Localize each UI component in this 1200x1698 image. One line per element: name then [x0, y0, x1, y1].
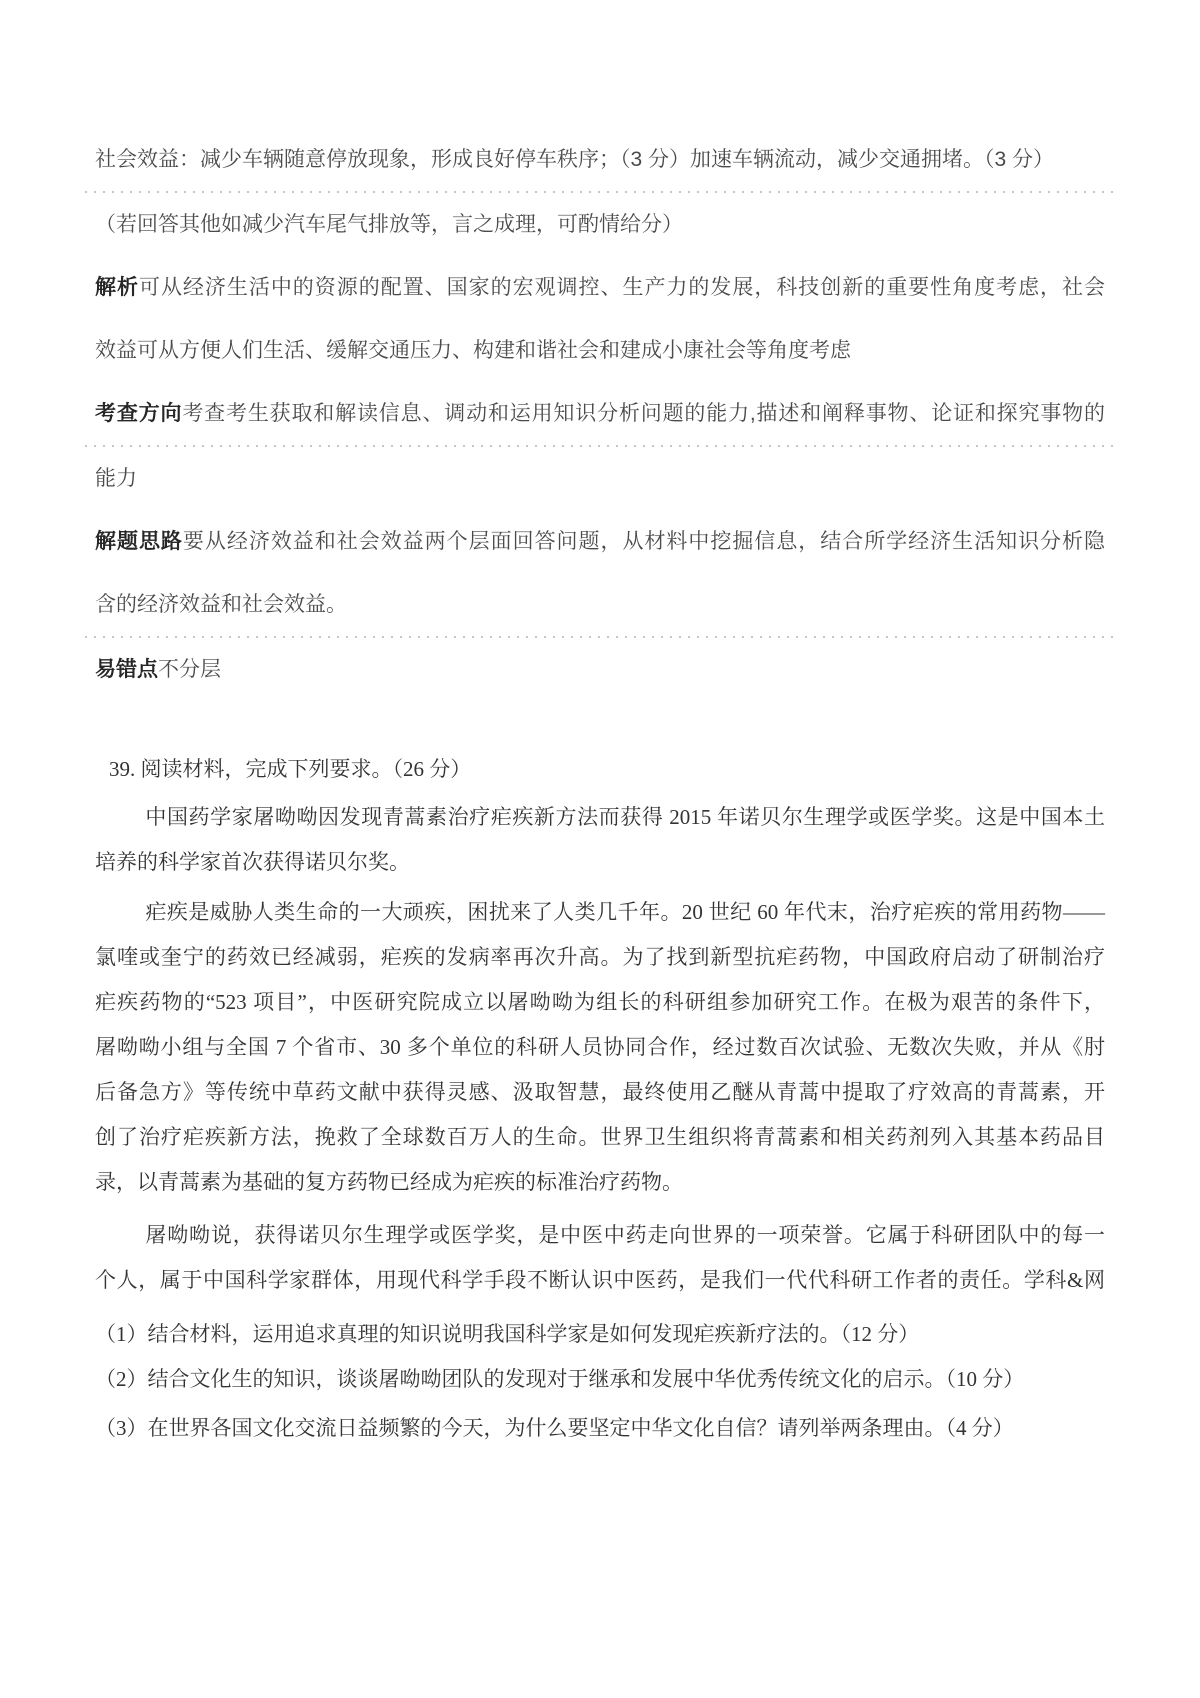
jieti-text-1: 要从经济效益和社会效益两个层面回答问题，从材料中挖掘信息，结合所学经济生活知识分…: [183, 530, 1105, 553]
paragraph-3: 屠呦呦说，获得诺贝尔生理学或医学奖，是中医中药走向世界的一项荣誉。它属于科研团队…: [95, 1213, 1105, 1303]
answer-score-line: 社会效益：减少车辆随意停放现象，形成良好停车秩序；（3 分）加速车辆流动，减少交…: [95, 128, 1105, 191]
jieti-line-1: 解题思路要从经济效益和社会效益两个层面回答问题，从材料中挖掘信息，结合所学经济生…: [95, 510, 1105, 573]
sub-question-2: （2）结合文化生的知识，谈谈屠呦呦团队的发现对于继承和发展中华优秀传统文化的启示…: [95, 1357, 1105, 1402]
paragraph-2-line: 后备急方》等传统中草药文献中获得灵感、汲取智慧，最终使用乙醚从青蒿中提取了疗效高…: [95, 1070, 1105, 1115]
jieti-line-2: 含的经济效益和社会效益。: [95, 573, 1105, 636]
yicuo-label: 易错点: [95, 658, 158, 681]
kaocha-line-1: 考查方向考查考生获取和解读信息、调动和运用知识分析问题的能力,描述和阐释事物、论…: [95, 382, 1105, 445]
yicuo-line: 易错点不分层: [95, 638, 1105, 701]
paragraph-2-line: 疟疾是威胁人类生命的一大顽疾，困扰来了人类几千年。20 世纪 60 年代末，治疗…: [95, 890, 1105, 935]
paragraph-3-line: 屠呦呦说，获得诺贝尔生理学或医学奖，是中医中药走向世界的一项荣誉。它属于科研团队…: [95, 1213, 1105, 1258]
jiexi-label: 解析: [95, 276, 139, 299]
answer-note-line: （若回答其他如减少汽车尾气排放等，言之成理，可酌情给分）: [95, 193, 1105, 256]
yicuo-text: 不分层: [158, 658, 221, 681]
analysis-block: 社会效益：减少车辆随意停放现象，形成良好停车秩序；（3 分）加速车辆流动，减少交…: [95, 0, 1105, 701]
paragraph-2-line: 氯喹或奎宁的药效已经减弱，疟疾的发病率再次升高。为了找到新型抗疟药物，中国政府启…: [95, 935, 1105, 980]
jiexi-line-2: 效益可从方便人们生活、缓解交通压力、构建和谐社会和建成小康社会等角度考虑: [95, 319, 1105, 382]
sub-question-3: （3）在世界各国文化交流日益频繁的今天，为什么要坚定中华文化自信？请列举两条理由…: [95, 1406, 1105, 1451]
question-39-block: 39. 阅读材料，完成下列要求。（26 分） 中国药学家屠呦呦因发现青蒿素治疗疟…: [95, 747, 1105, 1451]
jiexi-line-1: 解析可从经济生活中的资源的配置、国家的宏观调控、生产力的发展，科技创新的重要性角…: [95, 256, 1105, 319]
question-39-title: 39. 阅读材料，完成下列要求。（26 分）: [95, 747, 1105, 792]
kaocha-text-1: 考查考生获取和解读信息、调动和运用知识分析问题的能力,描述和阐释事物、论证和探究…: [182, 402, 1105, 425]
paragraph-2: 疟疾是威胁人类生命的一大顽疾，困扰来了人类几千年。20 世纪 60 年代末，治疗…: [95, 890, 1105, 1205]
paragraph-2-line: 录，以青蒿素为基础的复方药物已经成为疟疾的标准治疗药物。: [95, 1160, 1105, 1205]
document-page: 社会效益：减少车辆随意停放现象，形成良好停车秩序；（3 分）加速车辆流动，减少交…: [0, 0, 1200, 1451]
sub-questions: （1）结合材料，运用追求真理的知识说明我国科学家是如何发现疟疾新疗法的。（12 …: [95, 1312, 1105, 1451]
jieti-label: 解题思路: [95, 530, 183, 553]
jiexi-text-1: 可从经济生活中的资源的配置、国家的宏观调控、生产力的发展，科技创新的重要性角度考…: [139, 276, 1105, 299]
paragraph-1-line: 培养的科学家首次获得诺贝尔奖。: [95, 840, 1105, 885]
paragraph-1-line: 中国药学家屠呦呦因发现青蒿素治疗疟疾新方法而获得 2015 年诺贝尔生理学或医学…: [95, 795, 1105, 840]
paragraph-1: 中国药学家屠呦呦因发现青蒿素治疗疟疾新方法而获得 2015 年诺贝尔生理学或医学…: [95, 795, 1105, 885]
paragraph-2-line: 创了治疗疟疾新方法，挽救了全球数百万人的生命。世界卫生组织将青蒿素和相关药剂列入…: [95, 1115, 1105, 1160]
sub-question-1: （1）结合材料，运用追求真理的知识说明我国科学家是如何发现疟疾新疗法的。（12 …: [95, 1312, 1105, 1357]
kaocha-line-2: 能力: [95, 447, 1105, 510]
kaocha-label: 考查方向: [95, 402, 182, 425]
paragraph-2-line: 屠呦呦小组与全国 7 个省市、30 多个单位的科研人员协同合作，经过数百次试验、…: [95, 1025, 1105, 1070]
paragraph-2-line: 疟疾药物的“523 项目”，中医研究院成立以屠呦呦为组长的科研组参加研究工作。在…: [95, 980, 1105, 1025]
paragraph-3-line: 个人，属于中国科学家群体，用现代科学手段不断认识中医药，是我们一代代科研工作者的…: [95, 1258, 1105, 1303]
